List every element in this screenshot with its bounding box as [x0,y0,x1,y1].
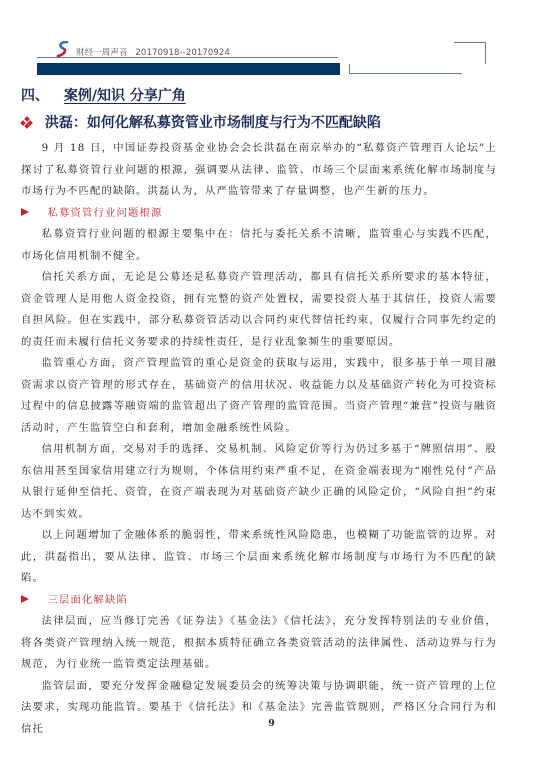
header-band [37,63,340,75]
page-header: 财经一周声音 20170918--20170924 [36,38,506,78]
paragraph: 信用机制方面，交易对手的选择、交易机制、风险定价等行为仍过多基于“牌照信用”、股… [21,439,497,525]
subhead-problem-roots: 私募资管行业问题根源 [21,203,497,225]
article-title-text: 洪磊：如何化解私募资管业市场制度与行为不匹配缺陷 [45,115,381,131]
section-number: 四、 [21,88,49,104]
header-bracket-bottom [349,64,462,74]
article-title: 洪磊：如何化解私募资管业市场制度与行为不匹配缺陷 [21,108,497,138]
page-number: 9 [0,719,543,729]
publication-logo-icon [56,41,70,57]
paragraph: 法律层面，应当修订完善《证券法》《基金法》《信托法》，充分发挥特别法的专业价值，… [21,611,497,676]
article-intro: 9 月 18 日，中国证券投资基金业协会会长洪磊在南京举办的“私募资产管理百人论… [21,138,497,203]
paragraph: 以上问题增加了金融体系的脆弱性，带来系统性风险隐患，也模糊了功能监管的边界。对此… [21,525,497,590]
arrow-bullet-icon [21,595,29,603]
subhead-three-levels: 三层面化解缺陷 [21,590,497,612]
paragraph: 信托关系方面，无论是公募还是私募资产管理活动，都具有信托关系所要求的基本特征，资… [21,267,497,353]
header-rule [37,57,338,58]
subhead-label: 三层面化解缺陷 [47,594,127,606]
document-body: 四、 案例/知识 分享广角 洪磊：如何化解私募资管业市场制度与行为不匹配缺陷 9… [49,84,497,740]
paragraph: 监管重心方面，资产管理监管的重心是资金的获取与运用，实践中，很多基于单一项目融资… [21,353,497,439]
arrow-bullet-icon [21,208,29,216]
diamond-bullet-icon [21,117,32,128]
section-label: 案例/知识 分享广角 [64,88,186,104]
paragraph: 私募资管行业问题的根源主要集中在：信托与委托关系不清晰，监管重心与实践不匹配，市… [21,224,497,267]
section-heading: 四、 案例/知识 分享广角 [21,84,497,108]
subhead-label: 私募资管行业问题根源 [47,207,162,219]
header-bracket-top [454,42,486,64]
paragraph: 监管层面，要充分发挥金融稳定发展委员会的统筹决策与协调职能，统一资产管理的上位法… [21,676,497,741]
